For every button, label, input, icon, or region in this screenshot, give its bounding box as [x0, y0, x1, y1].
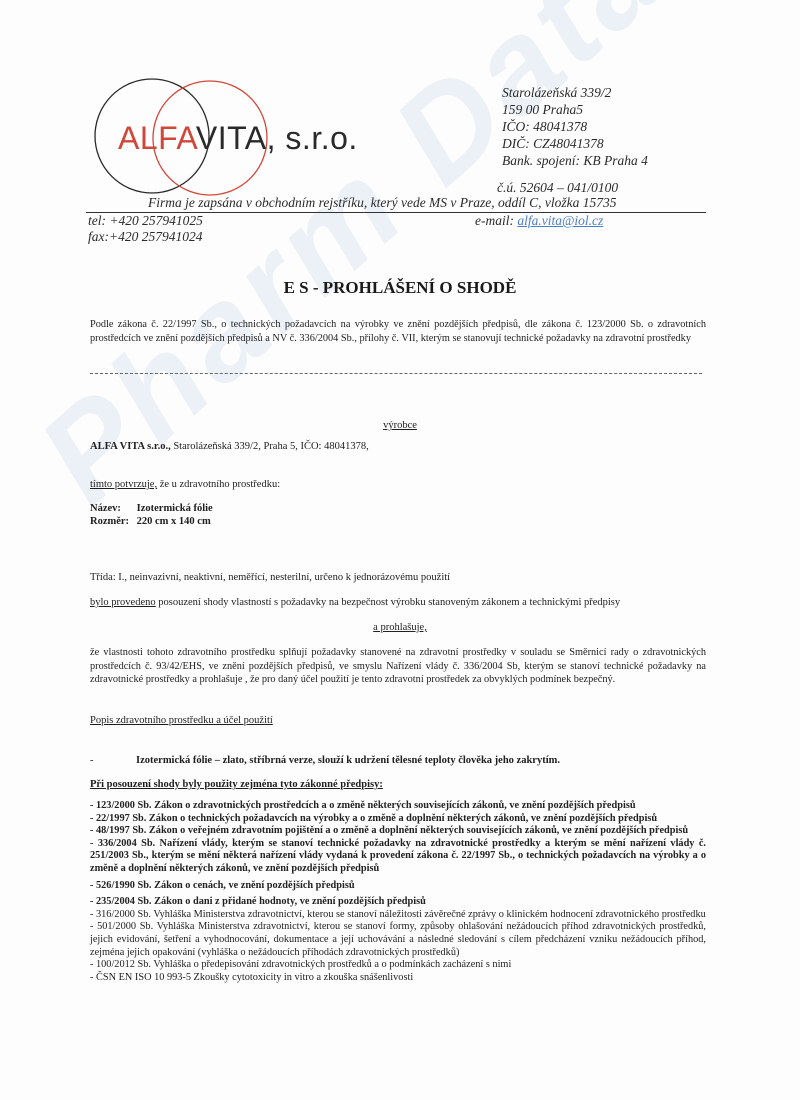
manufacturer-details: Starolázeňská 339/2, Praha 5, IČO: 48041… — [171, 441, 369, 452]
regulation-item: - 48/1997 Sb. Zákon o veřejném zdravotní… — [90, 825, 706, 838]
declares-heading: a prohlašuje, — [0, 622, 800, 633]
regulation-item: - 336/2004 Sb. Nařízení vlády, kterým se… — [90, 838, 706, 876]
confirm-rest: že u zdravotního prostředku: — [157, 479, 280, 490]
regulation-item: - 316/2000 Sb. Vyhláška Ministerstva zdr… — [90, 909, 706, 922]
bullet-dash: - — [90, 755, 136, 766]
fax: fax:+420 257941024 — [88, 229, 203, 245]
bullet-text: Izotermická fólie – zlato, stříbrná verz… — [136, 755, 560, 766]
document-title: E S - PROHLÁŠENÍ O SHODĚ — [0, 278, 800, 298]
device-class: Třída: I., neinvazivní, neaktivní, neměř… — [90, 572, 450, 583]
company-logo: ALFAVITA, s.r.o. — [92, 78, 382, 198]
declaration-paragraph: že vlastnosti tohoto zdravotního prostře… — [90, 646, 706, 687]
product-specification: Název: Izotermická fólie Rozměr: 220 cm … — [90, 502, 213, 528]
regulation-item: - 501/2000 Sb. Vyhláška Ministerstva zdr… — [90, 921, 706, 959]
bank-account: č.ú. 52604 – 041/0100 — [497, 180, 618, 196]
address-line: Starolázeňská 339/2 — [502, 84, 648, 101]
email-label: e-mail: — [475, 213, 517, 228]
logo-text-vita: VITA, s.r.o. — [196, 120, 358, 156]
contact-email: e-mail: alfa.vita@iol.cz — [475, 213, 603, 229]
manufacturer-name: ALFA VITA s.r.o., — [90, 441, 171, 452]
address-line: IČO: 48041378 — [502, 118, 648, 135]
confirm-underlined: tímto potvrzuje, — [90, 479, 157, 490]
address-line: 159 00 Praha5 — [502, 101, 648, 118]
company-address: Starolázeňská 339/2 159 00 Praha5 IČO: 4… — [502, 84, 648, 169]
manufacturer-heading: výrobce — [0, 420, 800, 431]
address-line: Bank. spojení: KB Praha 4 — [502, 152, 648, 169]
logo-text-alfa: ALFA — [118, 120, 196, 156]
description-bullet: -Izotermická fólie – zlato, stříbrná ver… — [90, 755, 560, 766]
assessment-rest: posouzení shody vlastností s požadavky n… — [156, 597, 621, 608]
contact-phones: tel: +420 257941025 fax:+420 257941024 — [88, 213, 203, 245]
email-link[interactable]: alfa.vita@iol.cz — [517, 213, 603, 228]
product-size-label: Rozměr: — [90, 515, 134, 528]
description-heading: Popis zdravotního prostředku a účel použ… — [90, 715, 273, 726]
regulation-item: - 22/1997 Sb. Zákon o technických požada… — [90, 813, 706, 826]
product-name-label: Název: — [90, 502, 134, 515]
regulation-item: - 235/2004 Sb. Zákon o dani z přidané ho… — [90, 896, 706, 909]
legal-basis-paragraph: Podle zákona č. 22/1997 Sb., o technický… — [90, 318, 706, 345]
regulation-item: - 526/1990 Sb. Zákon o cenách, ve znění … — [90, 880, 706, 893]
regulation-item: - ČSN EN ISO 10 993-5 Zkoušky cytotoxici… — [90, 972, 706, 985]
regulations-list: - 123/2000 Sb. Zákon o zdravotnických pr… — [90, 800, 706, 984]
dashed-separator — [90, 373, 702, 374]
product-size-value: 220 cm x 140 cm — [137, 516, 211, 527]
company-register-note: Firma je zapsána v obchodním rejstříku, … — [148, 195, 617, 211]
telephone: tel: +420 257941025 — [88, 213, 203, 229]
manufacturer-info: ALFA VITA s.r.o., Starolázeňská 339/2, P… — [90, 441, 369, 452]
regulation-item: - 123/2000 Sb. Zákon o zdravotnických pr… — [90, 800, 706, 813]
assessment-underlined: bylo provedeno — [90, 597, 156, 608]
confirmation-line: tímto potvrzuje, že u zdravotního prostř… — [90, 479, 280, 490]
regulations-heading: Při posouzení shody byly použity zejména… — [90, 779, 383, 790]
regulation-item: - 100/2012 Sb. Vyhláška o předepisování … — [90, 959, 706, 972]
address-line: DIČ: CZ48041378 — [502, 135, 648, 152]
product-name-value: Izotermická fólie — [137, 503, 213, 514]
assessment-line: bylo provedeno posouzení shody vlastnost… — [90, 597, 620, 608]
